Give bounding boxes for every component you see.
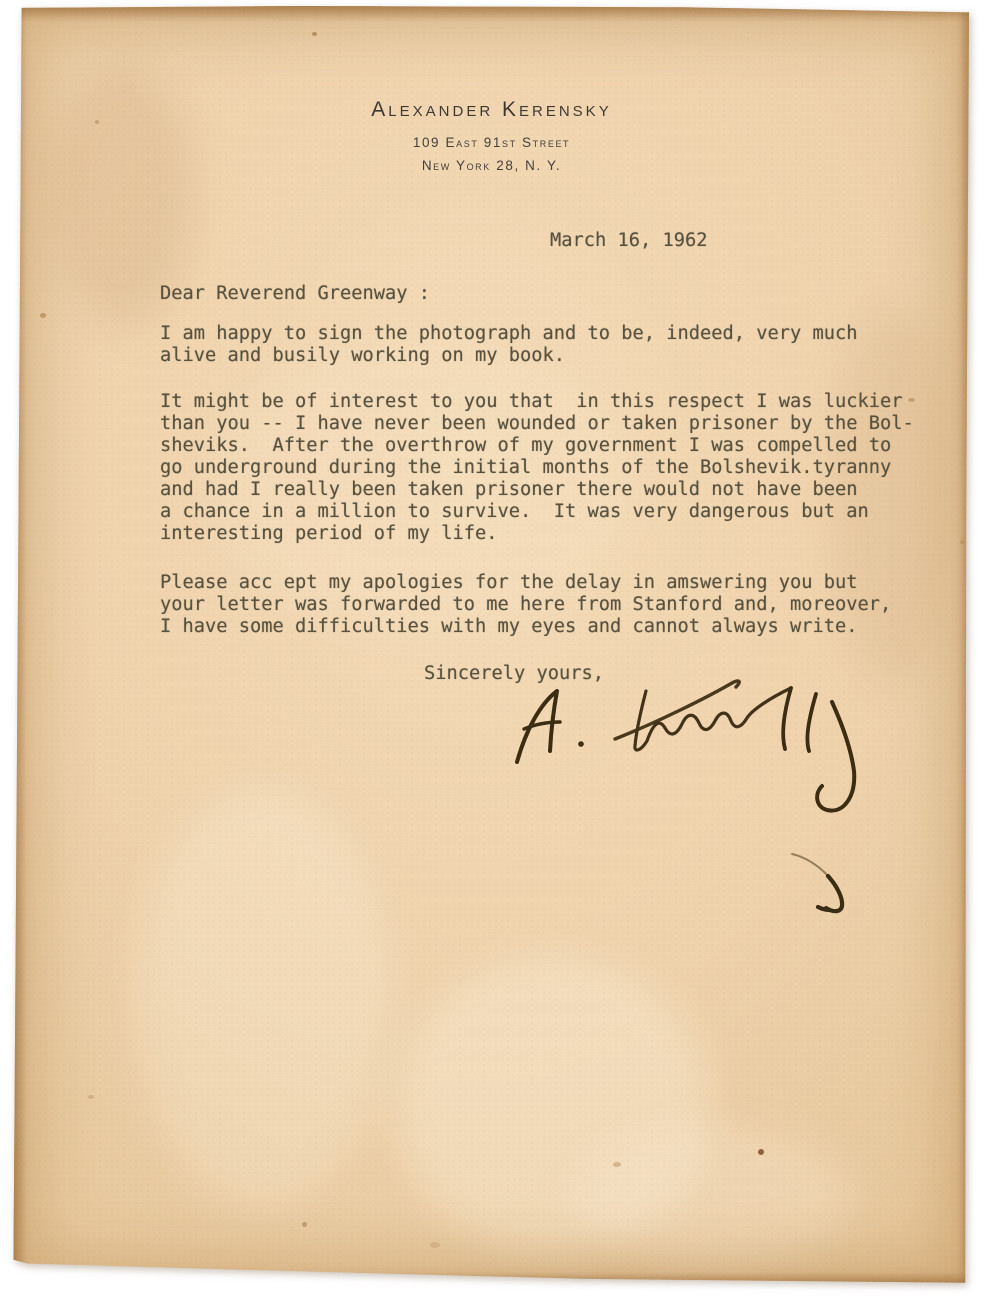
paragraph-3: Please acc ept my apologies for the dela… — [160, 572, 891, 638]
foxing-spot — [88, 1095, 94, 1099]
salutation: Dear Reverend Greenway : — [160, 283, 430, 305]
letterhead-name: Alexander Kerensky — [13, 98, 970, 122]
paper-grain-texture — [13, 6, 970, 1284]
foxing-spot — [758, 1149, 764, 1155]
letter-date: March 16, 1962 — [550, 230, 708, 252]
letterhead-address: 109 East 91st Street — [13, 135, 970, 150]
foxing-spot — [302, 1222, 307, 1227]
letterhead-city: New York 28, N. Y. — [13, 158, 970, 173]
signature-autograph — [480, 666, 890, 836]
foxing-spot — [960, 540, 964, 544]
paragraph-1: I am happy to sign the photograph and to… — [160, 323, 858, 367]
foxing-spot — [312, 32, 317, 36]
paragraph-2: It might be of interest to you that in t… — [160, 391, 914, 545]
letter-sheet-wrap: Alexander Kerensky 109 East 91st Street … — [0, 0, 1000, 1297]
scanned-letter-background: Alexander Kerensky 109 East 91st Street … — [0, 0, 1000, 1297]
paper-stain — [133, 786, 393, 1206]
foxing-spot — [613, 1162, 621, 1167]
paper-stain — [393, 956, 713, 1256]
letterhead: Alexander Kerensky 109 East 91st Street … — [13, 98, 970, 173]
foxing-spot — [40, 313, 46, 318]
foxing-spot — [430, 1242, 440, 1248]
paper-stain — [573, 1126, 853, 1266]
letter-sheet: Alexander Kerensky 109 East 91st Street … — [13, 6, 970, 1284]
aged-edge-vignette — [13, 6, 970, 1284]
stray-ink-mark — [785, 848, 875, 923]
